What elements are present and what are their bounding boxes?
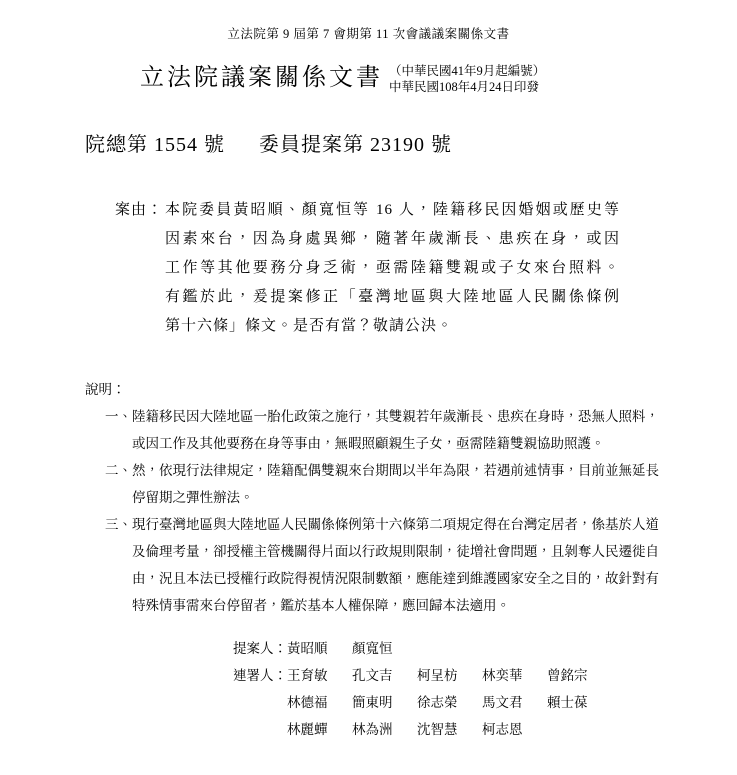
case-line: 本院委員黃昭順、顏寬恒等 16 人，陸籍移民因婚姻或歷史等 [165,196,620,225]
explanation-line: 由，況且本法已授權行政院得視情況限制數額，應能達到維護國家安全之目的，故針對有 [132,565,659,592]
case-summary-label: 案由： [115,196,165,341]
item-marker: 二、 [105,457,132,511]
explanation-label: 說明： [85,376,659,403]
printing-note-line2: 中華民國108年4月24日印發 [389,79,545,95]
cosigner-name: 王育敏 [287,662,352,689]
explanation-line: 特殊情事需來台停留者，鑑於基本人權保障，應回歸本法適用。 [132,592,659,619]
bill-document-page: 立法院第 9 屆第 7 會期第 11 次會議議案關係文書 立法院議案關係文書 （… [0,0,737,775]
explanation-item-3: 三、 現行臺灣地區與大陸地區人民關係條例第十六條第二項規定得在台灣定居者，係基於… [105,511,659,619]
cosigner-name: 柯呈枋 [417,662,482,689]
cosigner-name: 林麗蟬 [287,716,352,743]
cosigners-label: 連署人： [233,662,287,689]
cosigner-name: 徐志榮 [417,689,482,716]
cosigner-name: 曾銘宗 [547,662,612,689]
item-content: 陸籍移民因大陸地區一胎化政策之施行，其雙親若年歲漸長、患疾在身時，恐無人照料， … [132,403,659,457]
proposers-label: 提案人： [233,635,287,662]
cosigners-label-spacer [233,689,287,716]
title-row: 立法院議案關係文書 （中華民國41年9月起編號） 中華民國108年4月24日印發 [140,62,545,95]
case-line: 第十六條」條文。是否有當？敬請公決。 [165,312,620,341]
case-summary-section: 案由： 本院委員黃昭順、顏寬恒等 16 人，陸籍移民因婚姻或歷史等 因素來台，因… [115,196,620,341]
item-content: 然，依現行法律規定，陸籍配偶雙親來台期間以半年為限，若遇前述情事，目前並無延長 … [132,457,659,511]
proposers-row: 提案人： 黃昭順 顏寬恒 [233,635,612,662]
signatures-section: 提案人： 黃昭順 顏寬恒 連署人： 王育敏 孔文吉 柯呈枋 林奕華 曾銘宗 林德… [233,635,612,743]
explanation-line: 陸籍移民因大陸地區一胎化政策之施行，其雙親若年歲漸長、患疾在身時，恐無人照料， [132,403,659,430]
explanation-line: 然，依現行法律規定，陸籍配偶雙親來台期間以半年為限，若遇前述情事，目前並無延長 [132,457,659,484]
cosigners-label-spacer [233,716,287,743]
proposer-name: 黃昭順 [287,635,352,662]
cosigner-name: 林奕華 [482,662,547,689]
item-marker: 一、 [105,403,132,457]
item-content: 現行臺灣地區與大陸地區人民關係條例第十六條第二項規定得在台灣定居者，係基於人道 … [132,511,659,619]
document-title: 立法院議案關係文書 [140,62,383,94]
explanation-line: 現行臺灣地區與大陸地區人民關係條例第十六條第二項規定得在台灣定居者，係基於人道 [132,511,659,538]
case-line: 工作等其他要務分身乏術，亟需陸籍雙親或子女來台照料。 [165,254,620,283]
cosigner-name: 孔文吉 [352,662,417,689]
cosigners-row-1: 連署人： 王育敏 孔文吉 柯呈枋 林奕華 曾銘宗 [233,662,612,689]
cosigner-name: 林德福 [287,689,352,716]
item-marker: 三、 [105,511,132,619]
explanation-item-1: 一、 陸籍移民因大陸地區一胎化政策之施行，其雙親若年歲漸長、患疾在身時，恐無人照… [105,403,659,457]
proposer-name: 顏寬恒 [352,635,417,662]
session-header: 立法院第 9 屆第 7 會期第 11 次會議議案關係文書 [0,24,737,42]
printing-note: （中華民國41年9月起編號） 中華民國108年4月24日印發 [389,62,545,95]
cosigner-name: 柯志恩 [482,716,547,743]
yuan-general-number: 院總第 1554 號 [85,134,225,156]
explanation-line: 停留期之彈性辦法。 [132,484,659,511]
cosigner-name: 馬文君 [482,689,547,716]
cosigner-name: 林為洲 [352,716,417,743]
explanation-line: 及倫理考量，卻授權主管機關得片面以行政規則限制，徒增社會問題，且剝奪人民遷徙自 [132,538,659,565]
cosigners-row-3: 林麗蟬 林為洲 沈智慧 柯志恩 [233,716,612,743]
explanation-section: 說明： 一、 陸籍移民因大陸地區一胎化政策之施行，其雙親若年歲漸長、患疾在身時，… [85,376,659,619]
case-summary-content: 本院委員黃昭順、顏寬恒等 16 人，陸籍移民因婚姻或歷史等 因素來台，因為身處異… [165,196,620,341]
explanation-item-2: 二、 然，依現行法律規定，陸籍配偶雙親來台期間以半年為限，若遇前述情事，目前並無… [105,457,659,511]
bill-numbers: 院總第 1554 號 委員提案第 23190 號 [85,128,452,157]
case-line: 有鑑於此，爰提案修正「臺灣地區與大陸地區人民關係條例 [165,283,620,312]
explanation-line: 或因工作及其他要務在身等事由，無暇照顧親生子女，亟需陸籍雙親協助照護。 [132,430,659,457]
cosigners-row-2: 林德福 簡東明 徐志榮 馬文君 賴士葆 [233,689,612,716]
printing-note-line1: （中華民國41年9月起編號） [389,63,545,79]
cosigner-name: 賴士葆 [547,689,612,716]
case-line: 因素來台，因為身處異鄉，隨著年歲漸長、患疾在身，或因 [165,225,620,254]
member-proposal-number: 委員提案第 23190 號 [259,134,452,156]
cosigner-name: 沈智慧 [417,716,482,743]
cosigner-name: 簡東明 [352,689,417,716]
